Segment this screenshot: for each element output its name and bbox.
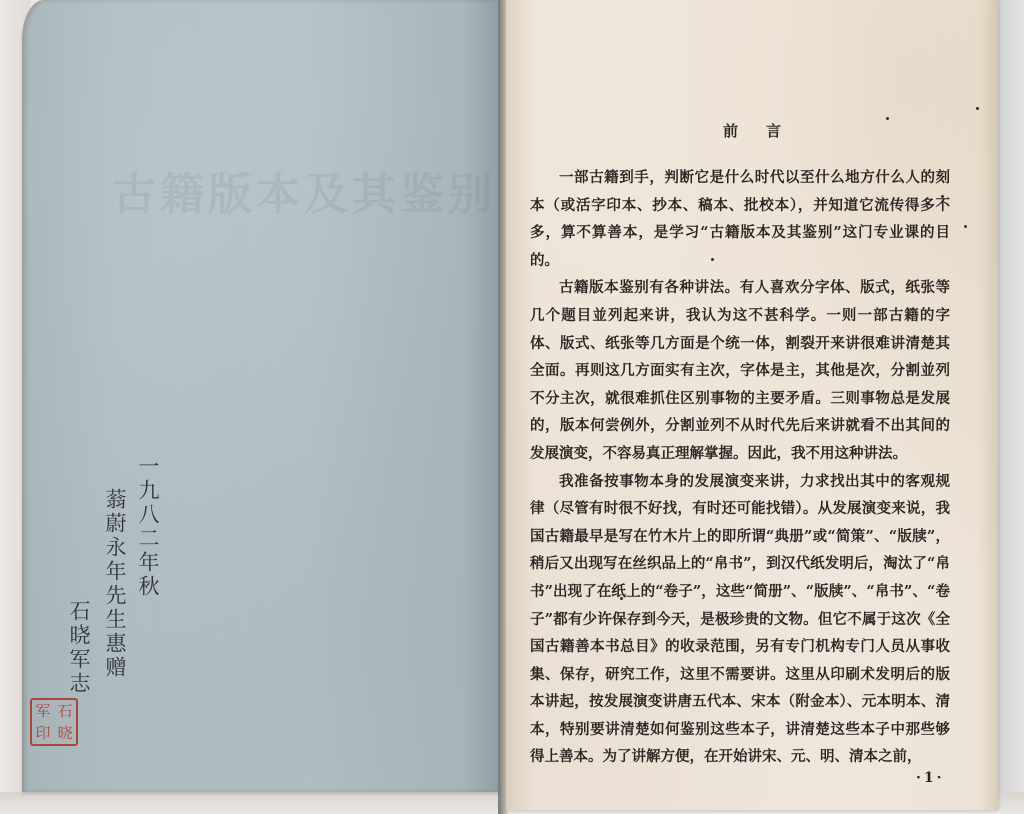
paper-speck bbox=[976, 107, 979, 110]
table-surface-right bbox=[994, 0, 1024, 814]
paper-speck bbox=[620, 597, 623, 600]
page-number: ·1· bbox=[916, 770, 945, 786]
paper-speck bbox=[711, 258, 714, 261]
left-flyleaf-page: 古籍版本及其鉴别 bbox=[22, 0, 502, 792]
page-title: 前言 bbox=[506, 120, 998, 141]
preface-body: 一部古籍到手，判断它是什么时代以至什么地方什么人的刻本（或活字印本、抄本、稿本、… bbox=[530, 164, 950, 771]
paper-speck bbox=[964, 225, 967, 228]
seal-char: 印 bbox=[36, 724, 51, 743]
seal-char: 石 bbox=[58, 702, 73, 721]
right-text-page: 前言 一部古籍到手，判断它是什么时代以至什么地方什么人的刻本（或活字印本、抄本、… bbox=[506, 0, 998, 810]
inscription-dedication: 蓊蔚永年先生惠赠 bbox=[100, 488, 130, 680]
show-through-title: 古籍版本及其鉴别 bbox=[112, 158, 442, 222]
paper-speck bbox=[886, 117, 889, 120]
inscription-date: 一九八二年秋 bbox=[133, 455, 163, 599]
seal-char: 军 bbox=[36, 702, 51, 721]
paper-speck bbox=[941, 195, 944, 198]
seal-char: 晓 bbox=[58, 724, 73, 743]
paragraph: 古籍版本鉴别有各种讲法。有人喜欢分字体、版式，纸张等几个题目並列起来讲，我认为这… bbox=[530, 274, 950, 467]
paragraph: 我准备按事物本身的发展演变来讲，力求找出其中的客观规律（尽管有时很不好找，有时还… bbox=[530, 468, 950, 772]
inscription-signature: 石晓军志 bbox=[64, 600, 94, 696]
red-seal-stamp: 石 晓 军 印 bbox=[30, 698, 78, 746]
paragraph: 一部古籍到手，判断它是什么时代以至什么地方什么人的刻本（或活字印本、抄本、稿本、… bbox=[530, 164, 950, 274]
